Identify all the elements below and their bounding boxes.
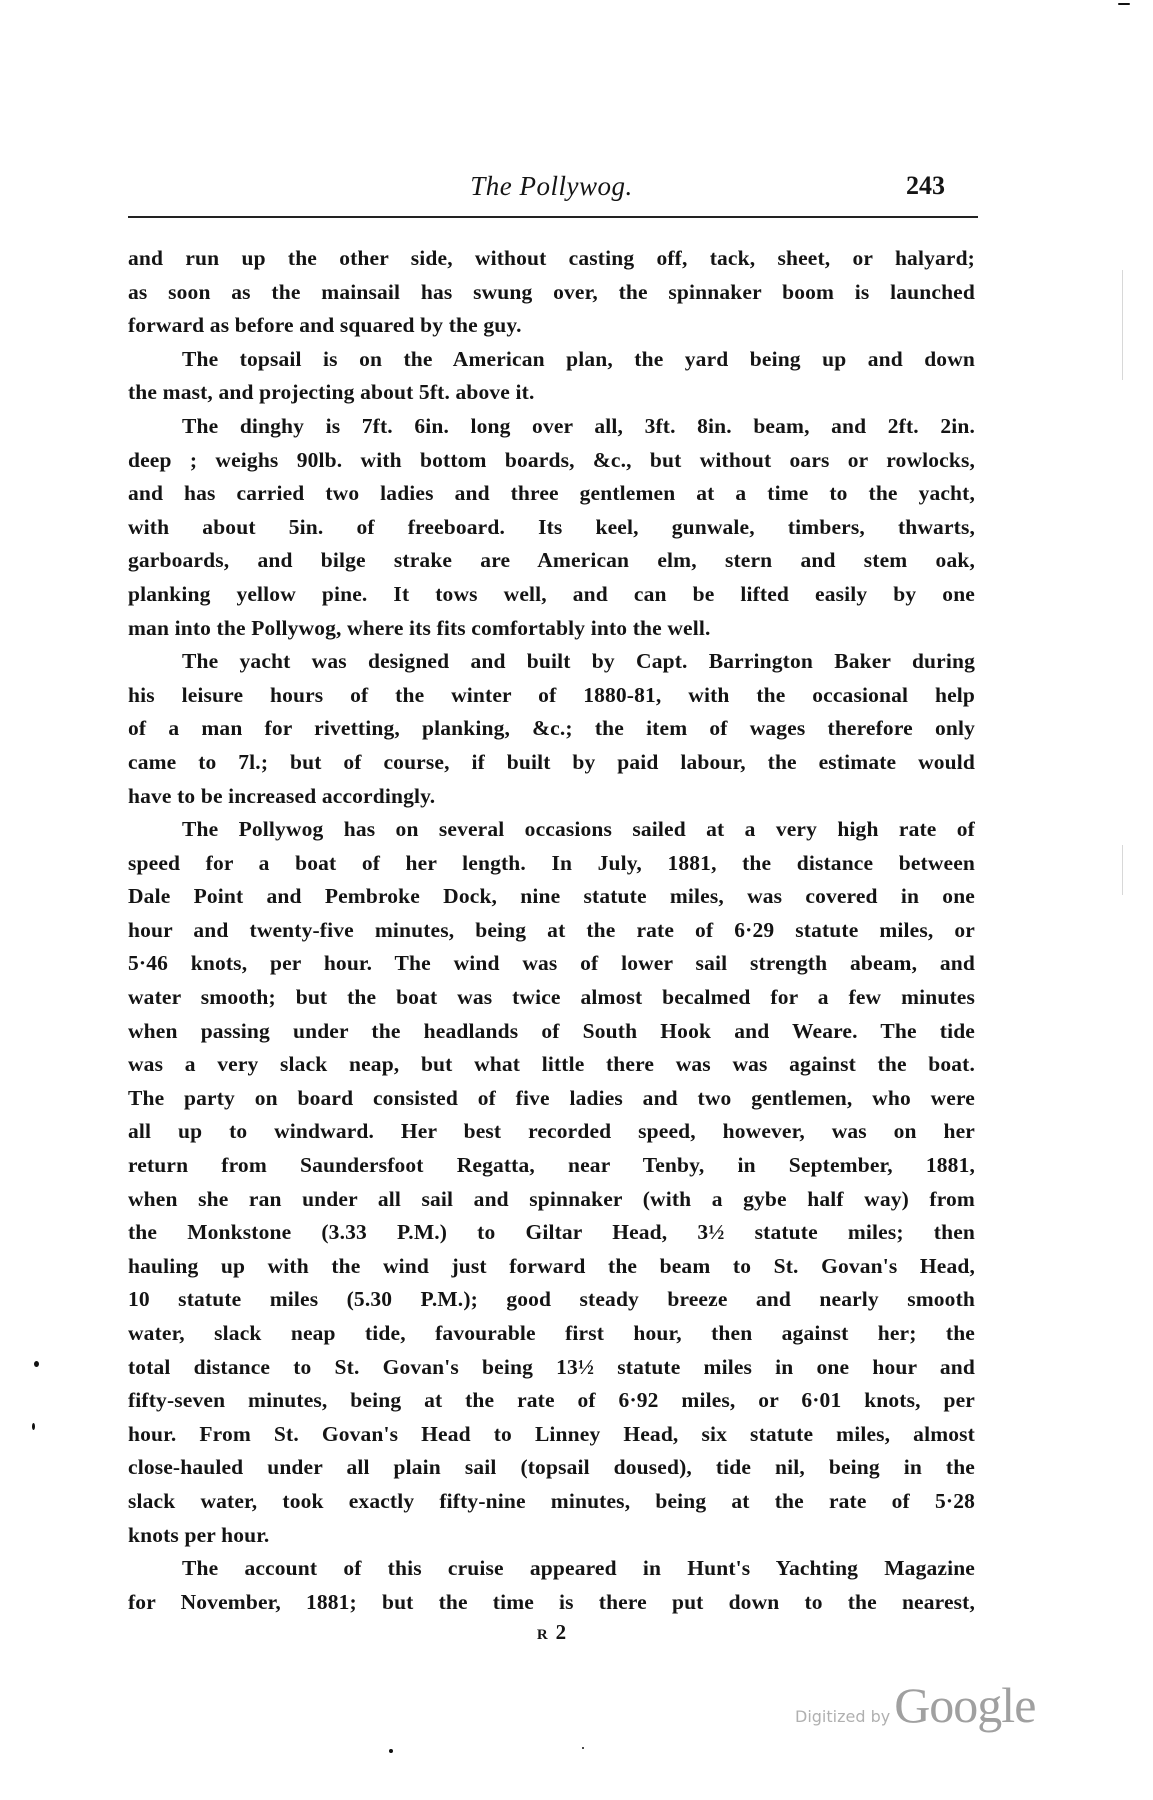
body-text: and run up the other side, without casti… <box>128 242 975 1619</box>
text-line: all up to windward. Her best recorded sp… <box>128 1115 975 1149</box>
text-line: of a man for rivetting, planking, &c.; t… <box>128 712 975 746</box>
book-page: The Pollywog. 243 and run up the other s… <box>0 0 1153 1800</box>
paragraph-first-line: The dinghy is 7ft. 6in. long over all, 3… <box>128 410 975 444</box>
text-line: when passing under the headlands of Sout… <box>128 1015 975 1049</box>
text-line: return from Saundersfoot Regatta, near T… <box>128 1149 975 1183</box>
text-line: speed for a boat of her length. In July,… <box>128 847 975 881</box>
text-line: Dale Point and Pembroke Dock, nine statu… <box>128 880 975 914</box>
text-line: when she ran under all sail and spinnake… <box>128 1183 975 1217</box>
text-line: with about 5in. of freeboard. Its keel, … <box>128 511 975 545</box>
text-line: knots per hour. <box>128 1519 975 1553</box>
header-rule <box>128 216 978 218</box>
scan-speck <box>389 1749 393 1753</box>
page-number: 243 <box>906 166 945 206</box>
signature-mark: R2 <box>128 1620 975 1645</box>
text-line: close-hauled under all plain sail (topsa… <box>128 1451 975 1485</box>
text-line: slack water, took exactly fifty-nine min… <box>128 1485 975 1519</box>
text-line: and run up the other side, without casti… <box>128 242 975 276</box>
text-line: water smooth; but the boat was twice alm… <box>128 981 975 1015</box>
scan-speck <box>34 1361 39 1367</box>
text-line: the Monkstone (3.33 P.M.) to Giltar Head… <box>128 1216 975 1250</box>
text-line: deep ; weighs 90lb. with bottom boards, … <box>128 444 975 478</box>
paragraph-first-line: The Pollywog has on several occasions sa… <box>128 813 975 847</box>
text-line: man into the Pollywog, where its fits co… <box>128 612 975 646</box>
text-line: hauling up with the wind just forward th… <box>128 1250 975 1284</box>
text-line: water, slack neap tide, favourable first… <box>128 1317 975 1351</box>
watermark-prefix: Digitized by <box>795 1707 890 1726</box>
text-line: forward as before and squared by the guy… <box>128 309 975 343</box>
text-line: garboards, and bilge strake are American… <box>128 544 975 578</box>
text-line: total distance to St. Govan's being 13½ … <box>128 1351 975 1385</box>
paragraph-first-line: The account of this cruise appeared in H… <box>128 1552 975 1586</box>
paragraph-first-line: The yacht was designed and built by Capt… <box>128 645 975 679</box>
text-line: the mast, and projecting about 5ft. abov… <box>128 376 975 410</box>
text-line: and has carried two ladies and three gen… <box>128 477 975 511</box>
text-line: hour. From St. Govan's Head to Linney He… <box>128 1418 975 1452</box>
running-title: The Pollywog. <box>128 166 975 206</box>
scan-speck <box>1118 3 1130 5</box>
paragraph-first-line: The topsail is on the American plan, the… <box>128 343 975 377</box>
text-line: his leisure hours of the winter of 1880-… <box>128 679 975 713</box>
text-line: hour and twenty-five minutes, being at t… <box>128 914 975 948</box>
scan-speck <box>32 1423 35 1430</box>
text-line: was a very slack neap, but what little t… <box>128 1048 975 1082</box>
google-logo: Google <box>894 1676 1035 1734</box>
page-edge-line <box>1122 845 1123 895</box>
text-line: fifty-seven minutes, being at the rate o… <box>128 1384 975 1418</box>
signature-number: 2 <box>556 1620 567 1644</box>
digitized-by-google-watermark: Digitized by Google <box>795 1676 1035 1736</box>
scan-speck <box>582 1747 584 1749</box>
text-line: for November, 1881; but the time is ther… <box>128 1586 975 1620</box>
text-line: 5·46 knots, per hour. The wind was of lo… <box>128 947 975 981</box>
text-line: came to 7l.; but of course, if built by … <box>128 746 975 780</box>
text-line: 10 statute miles (5.30 P.M.); good stead… <box>128 1283 975 1317</box>
page-edge-line <box>1122 270 1123 380</box>
text-line: as soon as the mainsail has swung over, … <box>128 276 975 310</box>
signature-letter: R <box>537 1627 548 1643</box>
text-line: The party on board consisted of five lad… <box>128 1082 975 1116</box>
text-line: have to be increased accordingly. <box>128 780 975 814</box>
running-head: The Pollywog. 243 <box>128 166 975 206</box>
text-line: planking yellow pine. It tows well, and … <box>128 578 975 612</box>
